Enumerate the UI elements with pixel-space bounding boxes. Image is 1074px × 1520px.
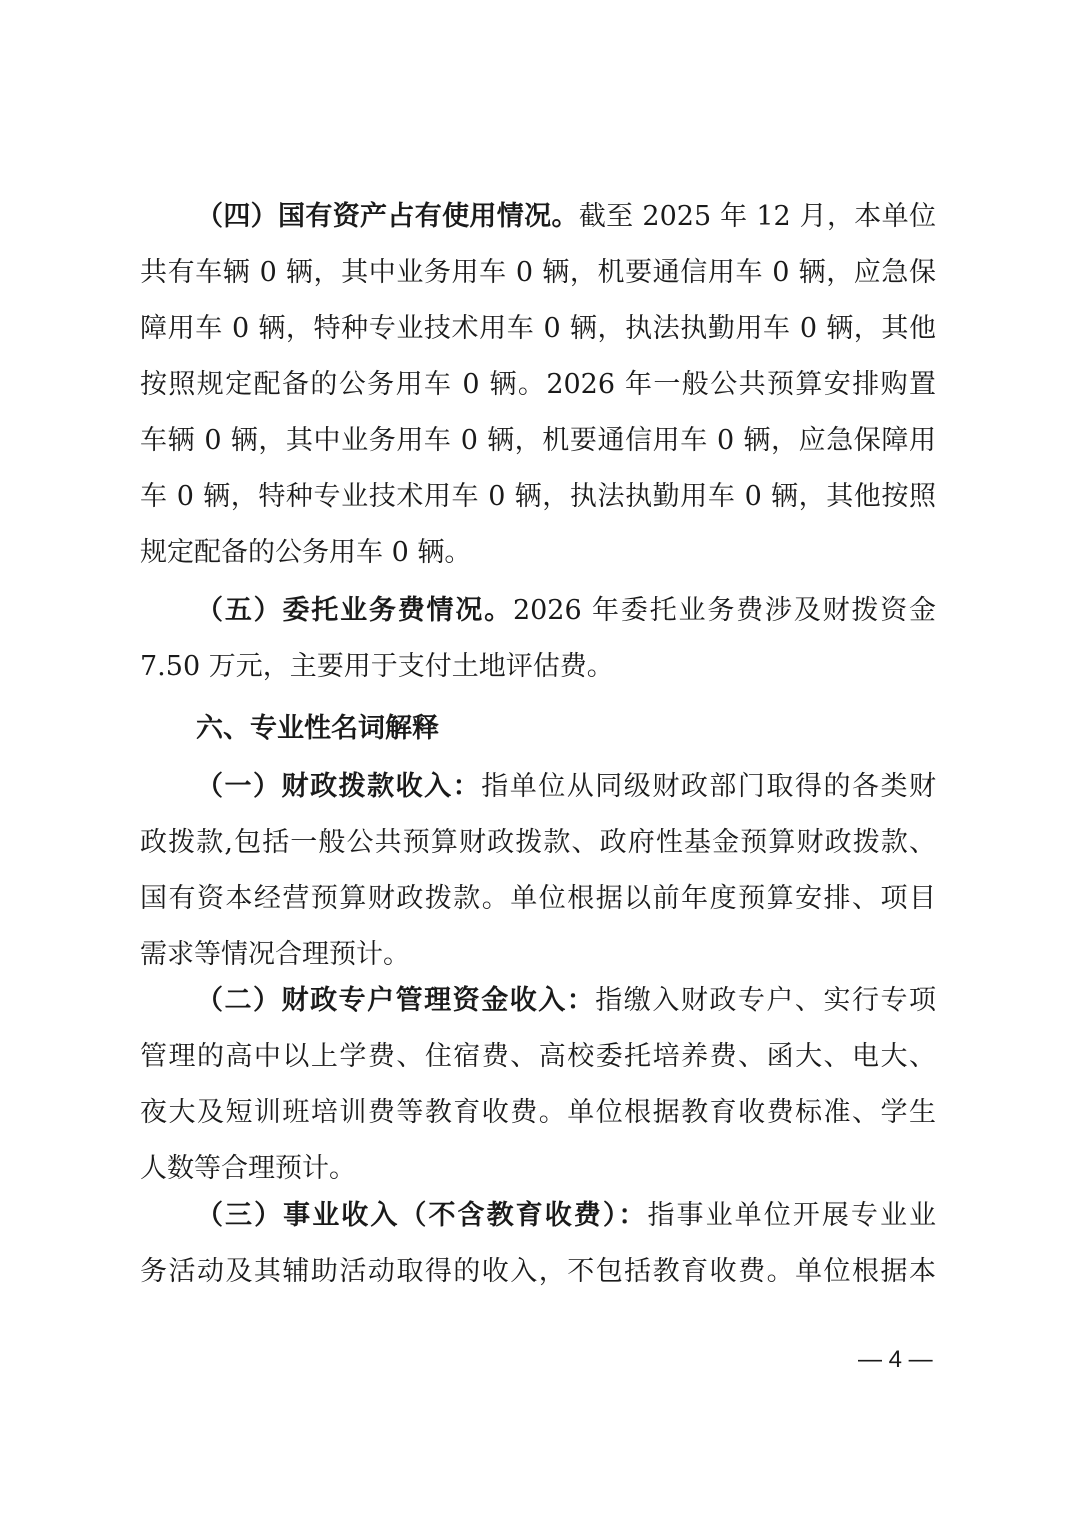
page-number: — 4 — [858,1345,933,1375]
paragraph-line: 务活动及其辅助活动取得的收入，不包括教育收费。单位根据本 [140,1252,936,1292]
paragraph-text: 指事业单位开展专业业 [647,1200,936,1231]
document-page: （四）国有资产占有使用情况。截至 2025 年 12 月，本单位 共有车辆 0 … [0,0,1074,1520]
paragraph-line: （三）事业收入（不含教育收费）：指事业单位开展专业业 [196,1196,936,1236]
paragraph-line: 夜大及短训班培训费等教育收费。单位根据教育收费标准、学生 [140,1093,936,1133]
paragraph-lead: （五）委托业务费情况。 [196,595,513,626]
paragraph-text: 2026 年委托业务费涉及财拨资金 [513,595,936,626]
paragraph-line: 政拨款,包括一般公共预算财政拨款、政府性基金预算财政拨款、 [140,823,936,863]
paragraph-line: 人数等合理预计。 [140,1149,936,1189]
paragraph-lead: （三）事业收入（不含教育收费）： [196,1200,647,1231]
paragraph-text: 指单位从同级财政部门取得的各类财 [481,771,936,802]
paragraph-text: 指缴入财政专户、实行专项 [595,985,936,1016]
paragraph-line: 需求等情况合理预计。 [140,935,936,975]
paragraph-line: （二）财政专户管理资金收入：指缴入财政专户、实行专项 [196,981,936,1021]
paragraph-line: 障用车 0 辆，特种专业技术用车 0 辆，执法执勤用车 0 辆，其他 [140,309,936,349]
paragraph-lead: （二）财政专户管理资金收入： [196,985,595,1016]
paragraph-line: 规定配备的公务用车 0 辆。 [140,533,936,573]
section-heading: 六、专业性名词解释 [196,709,936,749]
paragraph-lead: （四）国有资产占有使用情况。 [196,201,579,232]
paragraph-line: 管理的高中以上学费、住宿费、高校委托培养费、函大、电大、 [140,1037,936,1077]
paragraph-text: 截至 2025 年 12 月，本单位 [579,201,936,232]
paragraph-line: 按照规定配备的公务用车 0 辆。2026 年一般公共预算安排购置 [140,365,936,405]
paragraph-line: （一）财政拨款收入：指单位从同级财政部门取得的各类财 [196,767,936,807]
paragraph-line: 车辆 0 辆，其中业务用车 0 辆，机要通信用车 0 辆，应急保障用 [140,421,936,461]
paragraph-lead: （一）财政拨款收入： [196,771,481,802]
paragraph-line: 7.50 万元，主要用于支付土地评估费。 [140,647,936,687]
paragraph-line: 共有车辆 0 辆，其中业务用车 0 辆，机要通信用车 0 辆，应急保 [140,253,936,293]
paragraph-line: （五）委托业务费情况。2026 年委托业务费涉及财拨资金 [196,591,936,631]
paragraph-line: 车 0 辆，特种专业技术用车 0 辆，执法执勤用车 0 辆，其他按照 [140,477,936,517]
paragraph-line: 国有资本经营预算财政拨款。单位根据以前年度预算安排、项目 [140,879,936,919]
paragraph-line: （四）国有资产占有使用情况。截至 2025 年 12 月，本单位 [196,197,936,237]
